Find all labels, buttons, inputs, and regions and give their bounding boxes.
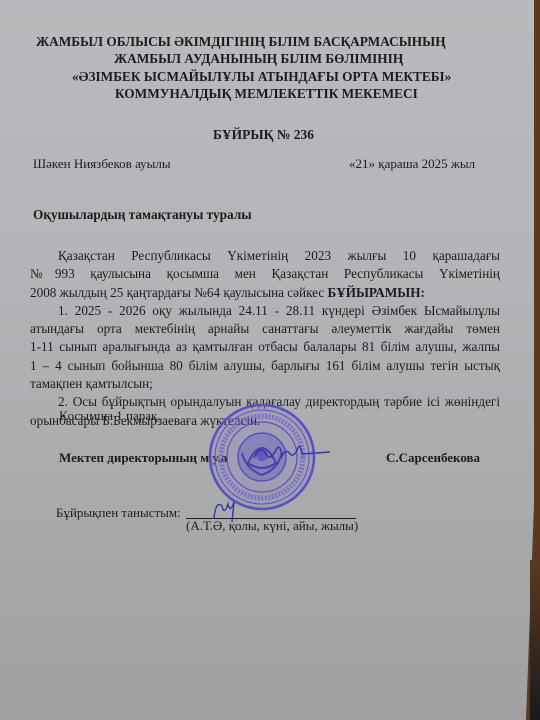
body-line: Қазақстан Республикасы Үкіметінің 2023 ж… [30,247,500,265]
appendix-note: Қосымша 1 парақ. [59,408,161,424]
body-line: №993 қаулысына қосымша мен Қазақстан Рес… [30,265,500,283]
order-date: «21» қараша 2025 жыл [349,156,475,172]
body-line-text: 2008 жылдың 25 қаңтардағы №64 қаулысына … [30,285,324,300]
acknowledgement-label: Бұйрықпен таныстым: [56,505,181,521]
item1-line: 1-11 сынып аралығында аз қамтылған отбас… [30,338,500,356]
item1-line: тамақпен қамтылсын; [30,375,500,393]
command-word: БҰЙЫРАМЫН: [327,285,424,300]
letterhead-line-2: ЖАМБЫЛ АУДАНЫНЫҢ БІЛІМ БӨЛІМІНІҢ [114,50,403,68]
desk-background [530,560,540,720]
item1-line: 1 – 4 сынып бойынша 80 білім алушы, барл… [30,357,500,375]
letterhead-line-4: КОММУНАЛДЫҚ МЕМЛЕКЕТТІК МЕКЕМЕСІ [115,85,418,103]
item1-line: атындағы орта мектебінің арнайы санаттағ… [30,320,500,338]
letterhead-line-1: ЖАМБЫЛ ОБЛЫСЫ ӘКІМДІГІНІҢ БІЛІМ БАСҚАРМА… [36,33,446,51]
acknowledgement-hint: (А.Т.Ә, қолы, күні, айы, жылы) [186,518,358,534]
order-place: Шәкен Ниязбеков ауылы [33,156,171,172]
body-line: 2008 жылдың 25 қаңтардағы №64 қаулысына … [30,284,500,302]
order-title: БҰЙРЫҚ № 236 [213,127,314,143]
item1-line: 1. 2025 - 2026 оқу жылында 24.11 - 28.11… [30,302,500,320]
signatory-name: С.Сарсенбекова [386,450,480,466]
letterhead-line-3: «ӘЗІМБЕК ЫСМАЙЫЛҰЛЫ АТЫНДАҒЫ ОРТА МЕКТЕБ… [72,68,451,86]
document-page: ЖАМБЫЛ ОБЛЫСЫ ӘКІМДІГІНІҢ БІЛІМ БАСҚАРМА… [0,0,534,720]
director-signature-icon [250,438,332,468]
signatory-role: Мектеп директорының м.у.а [59,450,227,466]
order-subject: Оқушылардың тамақтануы туралы [33,207,252,223]
